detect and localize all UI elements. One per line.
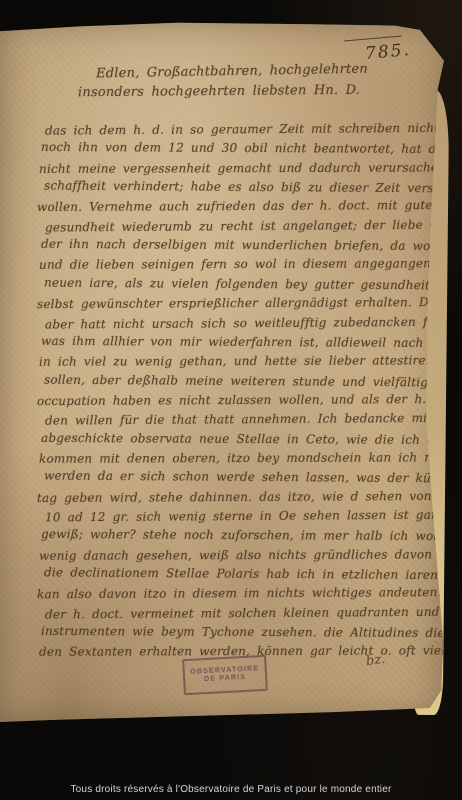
manuscript-line: nicht meine vergessenheit gemacht und da… xyxy=(39,160,462,176)
manuscript-line: abgeschickte observata neue Stellae in C… xyxy=(41,430,462,446)
manuscript-line: der h. doct. vermeinet mit solchen klein… xyxy=(45,604,462,621)
manuscript-line: den willen für die that thatt annehmen. … xyxy=(45,411,462,428)
manuscript-line: tag geben wird, stehe dahinnen. das itzo… xyxy=(37,489,432,505)
catchword-flourish: bz. xyxy=(365,652,386,670)
manuscript-line: das ich dem h. d. in so geraumer Zeit mi… xyxy=(45,120,462,137)
library-stamp: OBSERVATOIRE DE PARIS xyxy=(182,655,268,695)
manuscript-line: die declinationem Stellae Polaris hab ic… xyxy=(44,565,462,582)
manuscript-line: sollen, aber deßhalb meine weiteren stun… xyxy=(44,372,436,389)
manuscript-page: 785. Edlen, Großachtbahren, hochgelehrte… xyxy=(0,20,444,722)
manuscript-line: selbst gewünschter ersprießlicher allerg… xyxy=(37,295,462,311)
manuscript-line: aber hatt nicht ursach sich so weitleuff… xyxy=(45,314,462,331)
manuscript-line: instrumenten wie beym Tychone zusehen. d… xyxy=(41,624,462,640)
manuscript-line: neuen iare, als zu vielen folgenden bey … xyxy=(44,275,462,292)
stamp-text-line: DE PARIS xyxy=(204,674,247,684)
letter-salutation-line: Edlen, Großachtbahren, hochgelehrten xyxy=(92,62,372,82)
manuscript-line: kommen mit denen oberen, itzo bey mondsc… xyxy=(39,450,456,465)
manuscript-line: schaffheit verhindert; habe es also biß … xyxy=(44,179,462,196)
manuscript-line: gesundheit wiederumb zu recht ist angela… xyxy=(45,217,457,234)
manuscript-line: 10 ad 12 gr. sich wenig sterne in Oe seh… xyxy=(45,508,437,525)
letter-salutation-line: insonders hochgeehrten liebsten Hn. D. xyxy=(78,83,358,100)
manuscript-line: in ich viel zu wenig gethan, und hette s… xyxy=(39,353,434,368)
manuscript-line: kan also davon itzo in diesem im nichts … xyxy=(37,585,462,601)
manuscript-line: und die lieben seinigen fern so wol in d… xyxy=(39,257,446,272)
manuscript-line: noch ihn von dem 12 und 30 obil nicht be… xyxy=(41,140,462,156)
copyright-caption: Tous droits réservés à l'Observatoire de… xyxy=(0,784,462,795)
manuscript-line: was ihm allhier von mir wiederfahren ist… xyxy=(41,334,462,350)
manuscript-line: occupation haben es nicht zulassen wolle… xyxy=(37,392,445,408)
photo-background: 785. Edlen, Großachtbahren, hochgelehrte… xyxy=(0,0,462,800)
manuscript-line: wollen. Vernehme auch zufrieden das der … xyxy=(37,198,439,214)
manuscript-line: wenig danach gesehen, weiß also nichts g… xyxy=(39,547,462,563)
manuscript-line: werden da er sich schon werde sehen lass… xyxy=(44,469,462,486)
manuscript-line: der ihn nach derselbigen mit wunderliche… xyxy=(41,237,462,253)
manuscript-line: gewiß; woher? stehe noch zuforschen, im … xyxy=(41,527,438,543)
